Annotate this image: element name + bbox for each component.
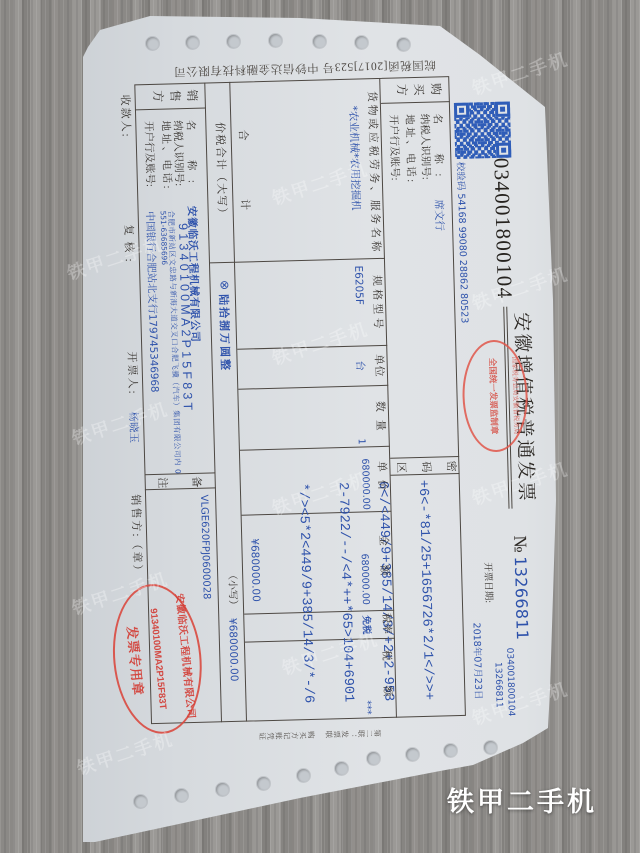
drawer-label: 开票人:: [125, 351, 137, 395]
goods-quantity: 1: [356, 438, 366, 444]
grand-total-label: 价税合计（大写）: [213, 122, 227, 220]
header-unit-price: 单价: [375, 461, 387, 499]
seller-section-label: 销售方: [147, 89, 198, 102]
stamp-center-text: 全国统一发票监制章: [488, 342, 499, 450]
circled-x-icon: ⊗: [218, 280, 230, 290]
grand-total-in-figures: ¥680000.00: [227, 618, 239, 682]
issue-date: 2018年07月23日: [471, 622, 483, 699]
grand-total-small-label: （小写）: [226, 570, 237, 610]
check-code-label: 校验码: [454, 162, 466, 191]
buyer-name: 席文行: [433, 199, 444, 231]
goods-amount: 680000.00: [359, 553, 370, 605]
header-quantity: 数量: [374, 401, 386, 439]
seller-address-label: 地址、电话:: [159, 120, 171, 191]
goods-model: E6205F: [353, 265, 365, 305]
stamp-outer-text: 国家税务总局安徽省税务局: [510, 341, 519, 449]
issue-date-label: 开票日期:: [481, 562, 492, 603]
payee-label: 收款人:: [119, 94, 131, 138]
seller-bank-label: 开户行及账号:: [142, 121, 154, 187]
cipher-line: +6<-*81/25+1656726*2/1</>>+: [416, 480, 435, 701]
stamp-tax-id: 91340100MA2P15F83T: [146, 586, 169, 732]
seller-taxid-label: 纳税人识别号:: [171, 120, 183, 186]
goods-unit: 台: [354, 360, 365, 371]
printer-notice: 皖国税函[2017]523号 中钞信达金融科技有限公司: [173, 57, 436, 75]
buyer-section-label: 购买方: [391, 82, 442, 95]
invoice-number-symbol: №: [511, 535, 529, 553]
qr-code-icon: [454, 102, 511, 159]
total-amount: ¥680000.00: [249, 538, 261, 602]
seller-name-label: 名 称:: [184, 120, 196, 193]
header-unit: 单位: [373, 354, 384, 378]
invoice-number: 13266811: [512, 556, 530, 640]
header-model: 规格型号: [371, 275, 383, 332]
remark-value: VLGE620FPJ0600028: [198, 495, 211, 600]
remark-label: 备注: [135, 475, 203, 488]
brand-watermark: 铁甲二手机: [447, 780, 597, 819]
buyer-bank-label: 开户行及账号:: [387, 114, 399, 180]
seller-seal-label: 销售方:（章）: [129, 494, 142, 577]
cipher-area-label: 密码区: [382, 459, 457, 472]
buyer-name-label: 名 称:: [431, 113, 443, 186]
cipher-line: 2-7922/--/<4*++*65>104+6901: [335, 482, 354, 703]
header-amount: 金额: [377, 535, 389, 595]
check-code: 校验码 54168 99080 28862 80523: [455, 162, 469, 324]
copy-label: 第二联：发票联 购买方记账凭证: [258, 729, 381, 740]
header-tax: 税额: [380, 650, 393, 722]
buyer-taxid-label: 纳税人识别号:: [418, 114, 430, 180]
grand-total-in-words: 陆拾捌万圆整: [218, 294, 231, 372]
stamp-type: 发票专用章: [121, 588, 148, 735]
check-code-value: 54168 99080 28862 80523: [455, 193, 469, 323]
total-label: 合计: [237, 129, 252, 268]
header-tax-rate: 税率: [380, 613, 391, 634]
buyer-address-label: 地址、电话:: [403, 114, 415, 185]
goods-tax: ***: [362, 700, 372, 714]
